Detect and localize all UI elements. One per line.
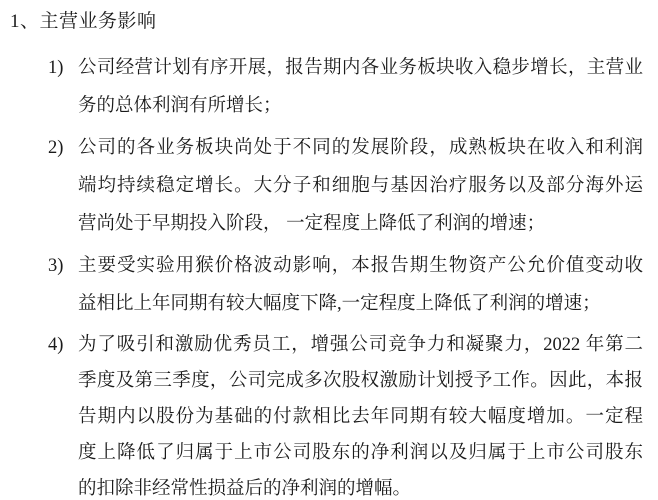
text-line: 告期内以股份为基础的付款相比去年同期有较大幅度增加。一定程 xyxy=(78,399,643,435)
list-item-3: 3) 主要受实验用猴价格波动影响，本报告期生物资产公允价值变动收 益相比上年同期… xyxy=(78,247,643,323)
text-line: 公司的各业务板块尚处于不同的发展阶段，成熟板块在收入和利润 xyxy=(78,129,643,167)
text-line: 端均持续稳定增长。大分子和细胞与基因治疗服务以及部分海外运 xyxy=(78,167,643,205)
document-page: 1、主营业务影响 1) 公司经营计划有序开展，报告期内各业务板块收入稳步增长，主… xyxy=(0,0,658,500)
list-item-1: 1) 公司经营计划有序开展，报告期内各业务板块收入稳步增长，主营业 务的总体利润… xyxy=(78,49,643,125)
text-line: 为了吸引和激励优秀员工，增强公司竞争力和凝聚力，2022 年第二 xyxy=(78,327,643,363)
list-item-1-text: 公司经营计划有序开展，报告期内各业务板块收入稳步增长，主营业 务的总体利润有所增… xyxy=(78,49,643,125)
list-item-4: 4) 为了吸引和激励优秀员工，增强公司竞争力和凝聚力，2022 年第二 季度及第… xyxy=(78,327,643,500)
text-line: 营尚处于早期投入阶段， 一定程度上降低了利润的增速； xyxy=(78,205,643,243)
text-line: 公司经营计划有序开展，报告期内各业务板块收入稳步增长，主营业 xyxy=(78,49,643,87)
list-item-4-marker: 4) xyxy=(48,327,63,363)
text-line: 益相比上年同期有较大幅度下降,一定程度上降低了利润的增速； xyxy=(78,285,643,323)
text-line: 度上降低了归属于上市公司股东的净利润以及归属于上市公司股东 xyxy=(78,435,643,471)
list-item-2-marker: 2) xyxy=(48,129,63,167)
text-line: 务的总体利润有所增长； xyxy=(78,87,643,125)
list-item-2-text: 公司的各业务板块尚处于不同的发展阶段，成熟板块在收入和利润 端均持续稳定增长。大… xyxy=(78,129,643,243)
list-item-3-text: 主要受实验用猴价格波动影响，本报告期生物资产公允价值变动收 益相比上年同期有较大… xyxy=(78,247,643,323)
text-line: 季度及第三季度，公司完成多次股权激励计划授予工作。因此，本报 xyxy=(78,363,643,399)
list-item-3-marker: 3) xyxy=(48,247,63,285)
list-item-2: 2) 公司的各业务板块尚处于不同的发展阶段，成熟板块在收入和利润 端均持续稳定增… xyxy=(78,129,643,243)
numbered-list: 1) 公司经营计划有序开展，报告期内各业务板块收入稳步增长，主营业 务的总体利润… xyxy=(0,49,658,500)
text-line: 的扣除非经常性损益后的净利润的增幅。 xyxy=(78,471,643,500)
text-line: 主要受实验用猴价格波动影响，本报告期生物资产公允价值变动收 xyxy=(78,247,643,285)
section-heading: 1、主营业务影响 xyxy=(10,12,658,32)
list-item-4-text: 为了吸引和激励优秀员工，增强公司竞争力和凝聚力，2022 年第二 季度及第三季度… xyxy=(78,327,643,500)
list-item-1-marker: 1) xyxy=(48,49,63,87)
